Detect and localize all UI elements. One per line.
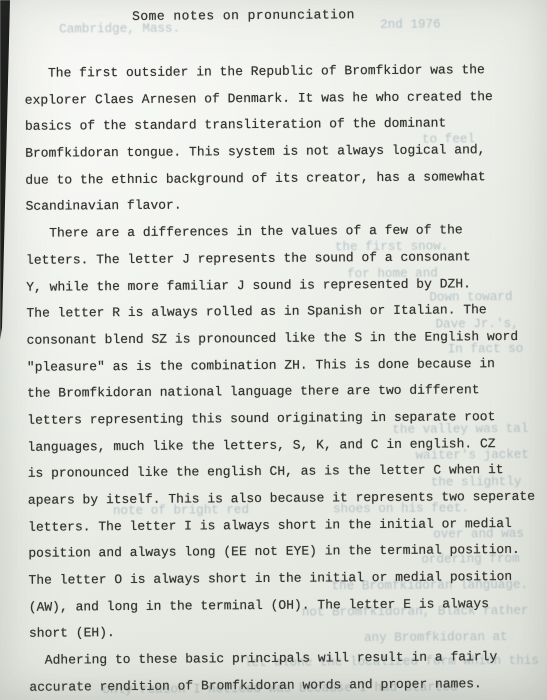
text-line: is pronounced like the english CH, as is… xyxy=(28,457,547,488)
text-line: basics of the standard transliteration o… xyxy=(25,110,545,141)
typewritten-text: The first outsider in the Republic of Br… xyxy=(24,57,547,700)
text-line: The letter O is always short in the init… xyxy=(28,564,547,595)
page-content: Cambridge, Mass. 2nd 1976 to feel the fi… xyxy=(0,0,547,700)
text-line: letters. The letter I is always short in… xyxy=(28,510,547,541)
text-line: Y, while the more familiar J sound is re… xyxy=(26,270,546,301)
text-line: due to the ethnic background of its crea… xyxy=(25,163,545,194)
text-line: The first outsider in the Republic of Br… xyxy=(24,57,544,88)
text-line: apears by itself. This is also because i… xyxy=(28,484,547,515)
text-line: explorer Claes Arnesen of Denmark. It wa… xyxy=(25,83,545,114)
scanned-typewritten-page: Cambridge, Mass. 2nd 1976 to feel the fi… xyxy=(0,0,547,700)
ghost-text-line: Cambridge, Mass. xyxy=(59,22,180,37)
text-line: position and always long (EE not EYE) in… xyxy=(28,537,547,568)
text-line: Scandinavian flavor. xyxy=(26,190,546,221)
text-line: accurate rendition of Bromfkidoran words… xyxy=(29,671,547,700)
text-line: languages, much like the letters, S, K, … xyxy=(27,430,547,461)
text-line: There are a differences in the values of… xyxy=(26,217,546,248)
text-line: letters. The letter J represents the sou… xyxy=(26,244,546,275)
text-line: consonant blend SZ is pronounced like th… xyxy=(27,324,547,355)
text-line: the Bromfkidoran national language there… xyxy=(27,377,547,408)
text-line: The letter R is always rolled as in Span… xyxy=(26,297,546,328)
page-title: Some notes on pronunciation xyxy=(132,7,355,24)
text-line: (AW), and long in the terminal (OH). The… xyxy=(29,590,547,621)
text-line: Bromfkidoran tongue. This system is not … xyxy=(25,137,545,168)
text-line: short (EH). xyxy=(29,617,547,648)
ghost-text-line: 2nd 1976 xyxy=(380,18,441,32)
text-line: letters representing this sound originat… xyxy=(27,404,547,435)
text-line: "pleasure" as is the combination ZH. Thi… xyxy=(27,350,547,381)
text-line: Adhering to these basic principals will … xyxy=(29,644,547,675)
